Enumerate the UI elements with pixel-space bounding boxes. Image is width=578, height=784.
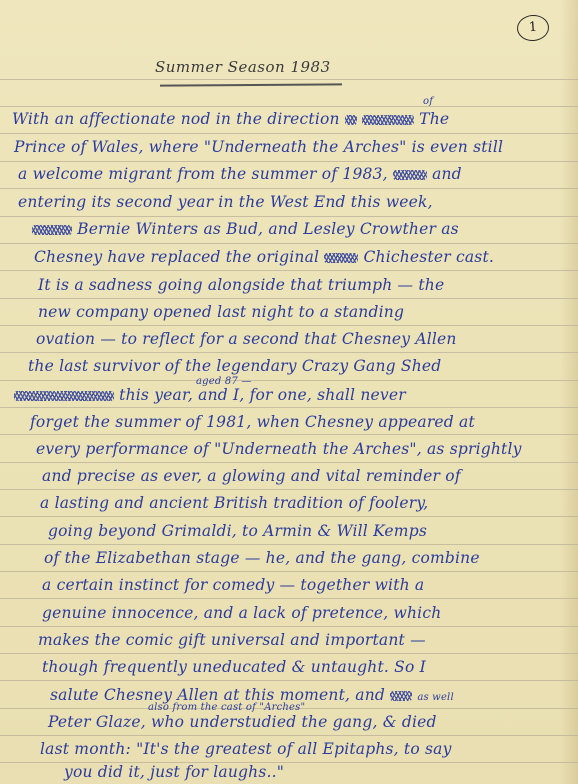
text-line-18: a certain instinct for comedy — together… [42, 576, 424, 594]
text-segment: a welcome migrant from the summer of 198… [18, 165, 388, 183]
ruled-line [0, 516, 578, 517]
ruled-line [0, 352, 578, 353]
page-title: Summer Season 1983 [155, 58, 331, 76]
struck-out-word [32, 225, 72, 235]
ruled-line [0, 598, 578, 599]
text-segment: The [419, 110, 449, 128]
struck-out-word [390, 691, 412, 701]
text-line-25: you did it, just for laughs.." [64, 763, 284, 781]
ruled-line [0, 243, 578, 244]
text-line-24: last month: "It's the greatest of all Ep… [40, 740, 452, 758]
ruled-line [0, 434, 578, 435]
ruled-line [0, 133, 578, 134]
text-line-8: new company opened last night to a stand… [38, 303, 404, 321]
struck-out-word [362, 115, 414, 125]
ruled-line [0, 216, 578, 217]
text-segment: this year, and I, for one, shall never [119, 386, 406, 404]
text-line-1: With an affectionate nod in the directio… [12, 110, 449, 128]
text-line-3: a welcome migrant from the summer of 198… [18, 165, 462, 183]
text-line-21: though frequently uneducated & untaught.… [42, 658, 426, 676]
ruled-line [0, 325, 578, 326]
text-line-13: every performance of "Underneath the Arc… [36, 440, 522, 458]
text-line-4: entering its second year in the West End… [18, 193, 433, 211]
text-segment: With an affectionate nod in the directio… [12, 110, 340, 128]
insertion-of: of [423, 96, 433, 107]
text-line-11: this year, and I, for one, shall never [14, 386, 406, 404]
ruled-line [0, 571, 578, 572]
ruled-line [0, 298, 578, 299]
text-line-17: of the Elizabethan stage — he, and the g… [44, 549, 480, 567]
text-segment: Chesney have replaced the original [34, 248, 319, 266]
ruled-line [0, 407, 578, 408]
ruled-line [0, 653, 578, 654]
insertion-also: also from the cast of "Arches" [148, 702, 305, 713]
ruled-line [0, 462, 578, 463]
struck-out-word [324, 253, 358, 263]
ruled-line [0, 380, 578, 381]
text-line-12: forget the summer of 1981, when Chesney … [30, 413, 475, 431]
text-line-23: Peter Glaze, who understudied the gang, … [48, 713, 437, 731]
text-line-14: and precise as ever, a glowing and vital… [42, 467, 461, 485]
ruled-line [0, 188, 578, 189]
ruled-line [0, 489, 578, 490]
text-line-15: a lasting and ancient British tradition … [40, 494, 428, 512]
text-line-7: It is a sadness going alongside that tri… [38, 276, 444, 294]
struck-out-word [393, 170, 427, 180]
text-line-6: Chesney have replaced the original Chich… [34, 248, 494, 266]
ruled-line [0, 270, 578, 271]
ruled-line [0, 735, 578, 736]
text-line-9: ovation — to reflect for a second that C… [36, 330, 457, 348]
ruled-line [0, 161, 578, 162]
text-segment: as well [417, 692, 454, 703]
page-number: 1 [516, 14, 550, 42]
title-underline [160, 83, 342, 86]
struck-out-word [14, 391, 114, 401]
text-line-10: the last survivor of the legendary Crazy… [28, 357, 441, 375]
ruled-line [0, 544, 578, 545]
text-line-16: going beyond Grimaldi, to Armin & Will K… [48, 522, 427, 540]
text-line-20: makes the comic gift universal and impor… [38, 631, 426, 649]
text-line-19: genuine innocence, and a lack of pretenc… [42, 604, 441, 622]
notebook-page: 1 Summer Season 1983 of With an affectio… [0, 0, 578, 784]
text-segment: Bernie Winters as Bud, and Lesley Crowth… [77, 220, 459, 238]
ruled-line [0, 680, 578, 681]
text-segment: and [432, 165, 462, 183]
text-segment: Chichester cast. [363, 248, 494, 266]
text-line-2: Prince of Wales, where "Underneath the A… [14, 138, 503, 156]
ruled-line [0, 626, 578, 627]
ruled-line [0, 79, 578, 80]
struck-out-word [345, 115, 357, 125]
text-line-5: Bernie Winters as Bud, and Lesley Crowth… [32, 220, 459, 238]
ruled-line [0, 106, 578, 107]
